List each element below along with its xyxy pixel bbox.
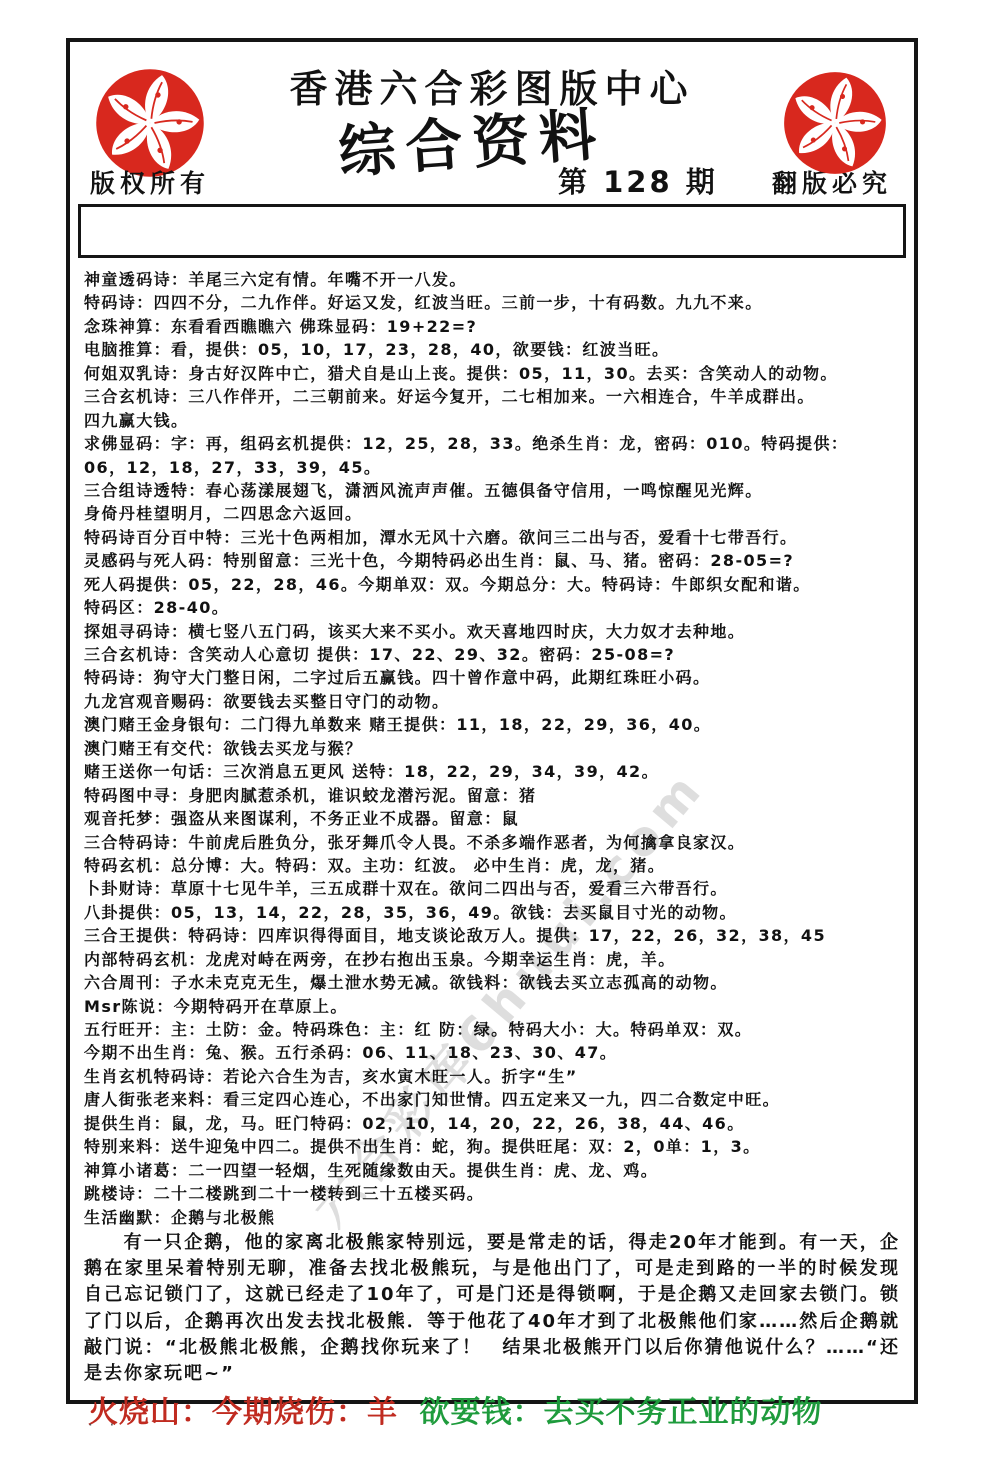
text-line: 特码诗：狗守大门整日闲，二字过后五赢钱。四十曾作意中码，此期红珠旺小码。 bbox=[84, 665, 904, 688]
text-line: 三合特码诗：牛前虎后胜负分，张牙舞爪令人畏。不杀多端作恶者，为何擒拿良家汉。 bbox=[84, 830, 904, 853]
text-line: 九龙宫观音赐码：欲要钱去买整日守门的动物。 bbox=[84, 689, 904, 712]
text-line: 赌王送你一句话：三次消息五更风 送特：18，22，29，34，39，42。 bbox=[84, 759, 904, 782]
text-line: 八卦提供：05，13，14，22，28，35，36，49。欲钱：去买鼠目寸光的动… bbox=[84, 900, 904, 923]
text-line: 特码区：28-40。 bbox=[84, 595, 904, 618]
footer-highlight: 火烧山：今期烧伤：羊 欲要钱：去买不务正业的动物 bbox=[70, 1387, 914, 1439]
text-line: 五行旺开：主：土防：金。特码珠色：主：红 防：绿。特码大小：大。特码单双：双。 bbox=[84, 1017, 904, 1040]
joke-paragraph: 有一只企鹅，他的家离北极熊家特别远，要是常走的话，得走20年才能到。有一天，企鹅… bbox=[70, 1228, 914, 1387]
text-line: 四九赢大钱。 bbox=[84, 408, 904, 431]
text-line: 神算小诸葛：二一四望一轻烟，生死随缘数由天。提供生肖：虎、龙、鸡。 bbox=[84, 1158, 904, 1181]
text-line: 澳门赌王有交代：欲钱去买龙与猴？ bbox=[84, 736, 904, 759]
text-line: 跳楼诗：二十二楼跳到二十一楼转到三十五楼买码。 bbox=[84, 1181, 904, 1204]
text-line: 唐人街张老来料：看三定四心连心，不出家门知世情。四五定来又一九，四二合数定中旺。 bbox=[84, 1087, 904, 1110]
text-line: 提供生肖：鼠，龙，马。旺门特码：02，10，14，20，22，26，38，44、… bbox=[84, 1111, 904, 1134]
page-dots: · · bbox=[88, 1416, 120, 1434]
text-line: 观音托梦：强盗从来图谋利，不务正业不成器。留意：鼠 bbox=[84, 806, 904, 829]
text-line: 求佛显码：字：再，组码玄机提供：12，25，28，33。绝杀生肖：龙，密码：01… bbox=[84, 431, 904, 454]
text-line: 内部特码玄机：龙虎对峙在两旁，在抄右抱出玉泉。今期幸运生肖：虎，羊。 bbox=[84, 947, 904, 970]
text-line: 特别来料：送牛迎兔中四二。提供不出生肖：蛇，狗。提供旺尾：双：2，0单：1，3。 bbox=[84, 1134, 904, 1157]
content-lines: 神童透码诗：羊尾三六定有情。年嘴不开一八发。特码诗：四四不分，二九作伴。好运又发… bbox=[70, 262, 914, 1228]
text-line: 特码图中寻：身肥肉腻惹杀机，谁识蛟龙潜污泥。留意：猪 bbox=[84, 783, 904, 806]
copyright-left: 版权所有 bbox=[90, 164, 210, 200]
text-line: 探姐寻码诗：横七竖八五门码，该买大来不买小。欢天喜地四时庆，大力奴才去种地。 bbox=[84, 619, 904, 642]
text-line: 何姐双乳诗：身古好汉阵中亡，猎犬自是山上丧。提供：05，11，30。去买：含笑动… bbox=[84, 361, 904, 384]
text-line: 06，12，18，27，33，39，45。 bbox=[84, 455, 904, 478]
text-line: 身倚丹桂望明月，二四思念六返回。 bbox=[84, 501, 904, 524]
text-line: 今期不出生肖：兔、猴。五行杀码：06、11、18、23、30、47。 bbox=[84, 1040, 904, 1063]
text-line: 三合王提供：特码诗：四库识得得面目，地支谈论敌万人。提供：17，22，26，32… bbox=[84, 923, 904, 946]
text-line: 特码玄机：总分博：大。特码：双。主功：红波。 必中生肖：虎，龙，猪。 bbox=[84, 853, 904, 876]
footer-red-text: 火烧山：今期烧伤：羊 bbox=[88, 1395, 398, 1430]
text-line: 神童透码诗：羊尾三六定有情。年嘴不开一八发。 bbox=[84, 267, 904, 290]
text-line: 特码诗：四四不分，二九作伴。好运又发，红波当旺。三前一步，十有码数。九九不来。 bbox=[84, 290, 904, 313]
issue-number: 第 128 期 bbox=[558, 160, 718, 201]
text-line: 卜卦财诗：草原十七见牛羊，三五成群十双在。欲问二四出与否，爱看三六带吾行。 bbox=[84, 876, 904, 899]
lottery-tip-sheet: 六合彩库6huui.com bbox=[0, 0, 984, 1457]
text-line: 三合组诗透特：春心荡漾展翅飞，潇洒风流声声催。五德俱备守信用，一鸣惊醒见光辉。 bbox=[84, 478, 904, 501]
text-line: 电脑推算：看，提供：05，10，17，23，28，40，欲要钱：红波当旺。 bbox=[84, 337, 904, 360]
text-line: 特码诗百分百中特：三光十色两相加，潭水无风十六磨。欲问三二出与否，爱看十七带吾行… bbox=[84, 525, 904, 548]
text-line: 生肖玄机特码诗：若论六合生为吉，亥水寅木旺一人。折字“生” bbox=[84, 1064, 904, 1087]
text-line: 澳门赌王金身银句：二门得九单数来 赌王提供：11，18，22，29，36，40。 bbox=[84, 712, 904, 735]
text-line: 灵感码与死人码：特别留意：三光十色，今期特码必出生肖：鼠、马、猪。密码：28-0… bbox=[84, 548, 904, 571]
text-line: 生活幽默：企鹅与北极熊 bbox=[84, 1205, 904, 1228]
bauhinia-emblem-icon bbox=[782, 64, 888, 182]
footer-green-text: 欲要钱：去买不务正业的动物 bbox=[409, 1395, 822, 1430]
sheet-border: 六合彩库6huui.com bbox=[66, 38, 918, 1404]
text-line: 六合周刊：子水未克克无生，爆土泄水势无减。欲钱料：欲钱去买立志孤高的动物。 bbox=[84, 970, 904, 993]
blank-result-box bbox=[78, 204, 906, 258]
text-line: 死人码提供：05，22，28，46。今期单双：双。今期总分：大。特码诗：牛郎织女… bbox=[84, 572, 904, 595]
sheet-header: 香港六合彩图版中心 综合资料 第 128 期 版权所有 翻版必究 bbox=[70, 42, 914, 202]
text-line: 念珠神算：东看看西瞧瞧六 佛珠显码：19+22=? bbox=[84, 314, 904, 337]
text-line: 三合玄机诗：三八作伴开，二三朝前来。好运今复开，二七相加来。一六相连合，牛羊成群… bbox=[84, 384, 904, 407]
text-line: 三合玄机诗：含笑动人心意切 提供：17、22、29、32。密码：25-08=? bbox=[84, 642, 904, 665]
text-line: Msr陈说：今期特码开在草原上。 bbox=[84, 994, 904, 1017]
